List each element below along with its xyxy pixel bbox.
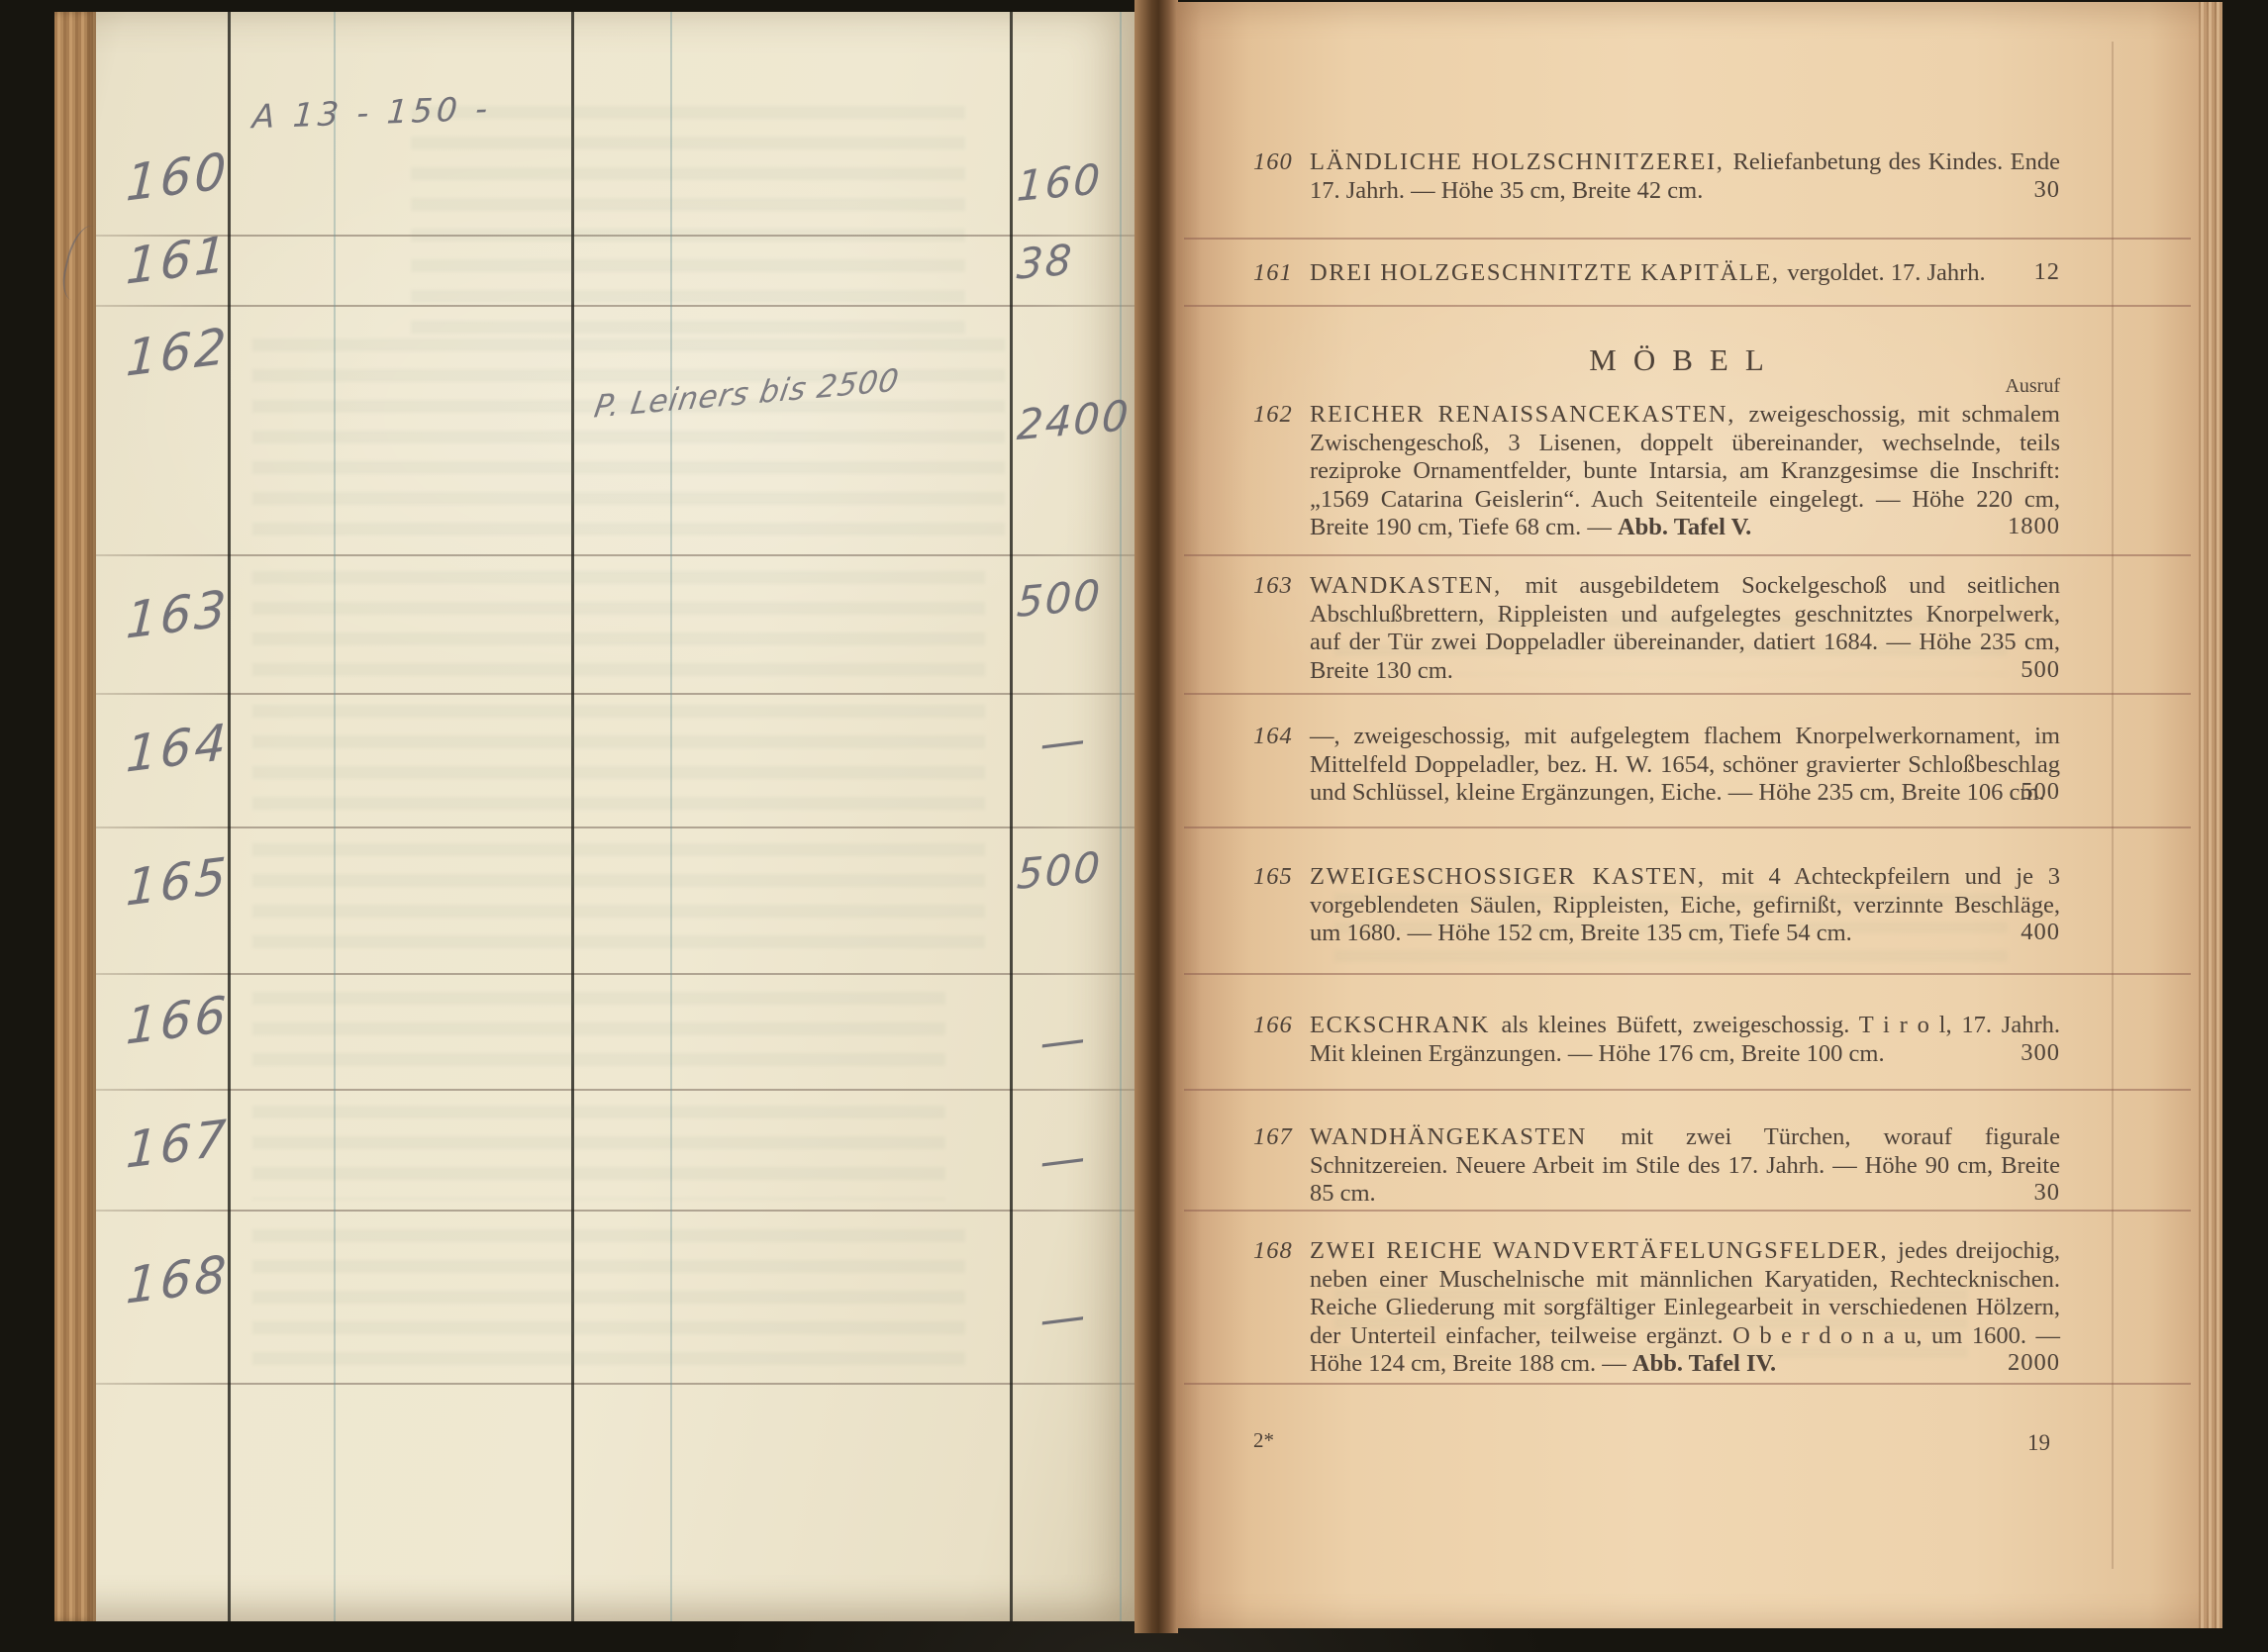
catalog-page: MÖBEL Ausruf 160 LÄNDLICHE HOLZSCHNITZER… [1176, 2, 2222, 1628]
handwritten-price: — [1036, 1011, 1088, 1069]
entry-text: WANDHÄNGEKASTEN mit zwei Türchen, worauf… [1310, 1123, 2060, 1209]
entry-number: 166 [1253, 1012, 1293, 1040]
handwritten-lot-number: 167 [125, 1109, 231, 1180]
bleed-through-text [252, 1106, 945, 1200]
entry-price: 30 [2034, 176, 2061, 205]
entry-title: WANDHÄNGEKASTEN [1310, 1123, 1621, 1150]
entry-number: 160 [1253, 148, 1293, 177]
book-gutter [1134, 0, 1178, 1633]
bleed-through-text [252, 1229, 965, 1368]
bleed-through-text [252, 843, 985, 962]
ledger-row-line [96, 693, 1136, 695]
bleed-through-text [411, 106, 965, 334]
handwritten-lot-number: 160 [125, 142, 231, 213]
handwritten-lot-number: 165 [125, 846, 231, 918]
handwritten-lot-number: 161 [125, 225, 231, 296]
handwritten-lot-number: 162 [125, 317, 231, 388]
handwritten-price: — [1036, 1288, 1088, 1346]
entry-number: 167 [1253, 1123, 1293, 1152]
entry-text: —, zweigeschossig, mit aufgelegtem flach… [1310, 723, 2060, 808]
entry-price: 2000 [2008, 1349, 2060, 1378]
signature-mark: 2* [1253, 1428, 1274, 1453]
handwritten-lot-number: 164 [125, 713, 231, 784]
catalog-entry: 164 —, zweigeschossig, mit aufgelegtem f… [1253, 723, 2060, 808]
entry-price: 500 [2021, 778, 2060, 807]
handwritten-price: 38 [1016, 235, 1075, 288]
entry-title: WANDKASTEN, [1310, 572, 1526, 599]
entry-price: 1800 [2008, 513, 2060, 541]
ledger-row-line [96, 1210, 1136, 1212]
catalog-entry: 168 ZWEI REICHE WANDVERTÄFELUNGSFELDER, … [1253, 1237, 2060, 1379]
entry-separator [1184, 826, 2191, 828]
entry-separator [1184, 693, 2191, 695]
entry-title: ZWEIGESCHOSSIGER KASTEN, [1310, 863, 1722, 890]
catalog-entry: 165 ZWEIGESCHOSSIGER KASTEN, mit 4 Achte… [1253, 863, 2060, 948]
entry-separator [1184, 305, 2191, 307]
entry-title: REICHER RENAISSANCEKASTEN, [1310, 401, 1749, 428]
handwritten-lot-number: 168 [125, 1244, 231, 1315]
ledger-row-line [96, 973, 1136, 975]
bleed-through-text [252, 705, 985, 814]
entry-text: LÄNDLICHE HOLZSCHNITZEREI, Reliefanbetun… [1310, 148, 2060, 205]
ledger-rule-3 [1010, 12, 1013, 1621]
ledger-row-line [96, 1383, 1136, 1385]
entry-text: ZWEI REICHE WANDVERTÄFELUNGSFELDER, jede… [1310, 1237, 2060, 1379]
page-crease [2112, 42, 2114, 1569]
section-heading: MÖBEL [1310, 342, 2060, 378]
entry-price: 30 [2034, 1179, 2061, 1208]
entry-number: 164 [1253, 723, 1293, 751]
entry-separator [1184, 1383, 2191, 1385]
ledger-row-line [96, 826, 1136, 828]
handwritten-price: 160 [1016, 154, 1103, 211]
entry-body: vergoldet. 17. Jahrh. [1787, 259, 1985, 286]
entry-separator [1184, 1089, 2191, 1091]
entry-body: —, zweigeschossig, mit aufgelegtem flach… [1310, 723, 2066, 806]
entry-text: DREI HOLZGESCHNITZTE KAPITÄLE, vergoldet… [1310, 259, 2060, 288]
handwritten-price: 2400 [1016, 391, 1132, 449]
handwritten-price: 500 [1016, 842, 1103, 899]
entry-text: ECKSCHRANK als kleines Büfett, zweigesch… [1310, 1012, 2060, 1068]
handwritten-lot-number: 163 [125, 579, 231, 650]
open-book-scan: A 13 - 150 - P. Leiners bis 2500 1601611… [0, 0, 2268, 1652]
handwritten-price: — [1036, 712, 1088, 770]
entry-text: WANDKASTEN, mit ausgebildetem Sockelgesc… [1310, 572, 2060, 685]
entry-plate-reference: Abb. Tafel V. [1618, 514, 1751, 540]
ledger-rule-1-faint [334, 12, 336, 1621]
handwritten-price: 500 [1016, 570, 1103, 627]
entry-plate-reference: Abb. Tafel IV. [1632, 1350, 1776, 1377]
entry-text: REICHER RENAISSANCEKASTEN, zweigeschossi… [1310, 401, 2060, 542]
entry-separator [1184, 238, 2191, 240]
catalog-entry: 166 ECKSCHRANK als kleines Büfett, zweig… [1253, 1012, 2060, 1068]
entry-number: 163 [1253, 572, 1293, 601]
entry-separator [1184, 554, 2191, 556]
entry-number: 168 [1253, 1237, 1293, 1266]
handwritten-price: — [1036, 1129, 1088, 1188]
entry-number: 162 [1253, 401, 1293, 430]
ledger-rule-3-faint [1120, 12, 1122, 1621]
ledger-page: A 13 - 150 - P. Leiners bis 2500 1601611… [54, 12, 1136, 1621]
entry-title: LÄNDLICHE HOLZSCHNITZEREI, [1310, 148, 1733, 175]
entry-separator [1184, 973, 2191, 975]
handwritten-lot-number: 166 [125, 985, 231, 1056]
entry-price: 500 [2021, 656, 2060, 685]
entry-number: 161 [1253, 259, 1293, 288]
catalog-entry: 160 LÄNDLICHE HOLZSCHNITZEREI, Reliefanb… [1253, 148, 2060, 205]
entry-number: 165 [1253, 863, 1293, 892]
catalog-entry: 161 DREI HOLZGESCHNITZTE KAPITÄLE, vergo… [1253, 259, 2060, 288]
page-number: 19 [1310, 1430, 2050, 1456]
entry-title: ZWEI REICHE WANDVERTÄFELUNGSFELDER, [1310, 1237, 1898, 1264]
entry-price: 300 [2021, 1039, 2060, 1068]
entry-separator [1184, 1210, 2191, 1212]
catalog-entry: 162 REICHER RENAISSANCEKASTEN, zweigesch… [1253, 401, 2060, 542]
entry-text: ZWEIGESCHOSSIGER KASTEN, mit 4 Achteckpf… [1310, 863, 2060, 948]
entry-title: ECKSCHRANK [1310, 1012, 1501, 1038]
bleed-through-text [252, 992, 945, 1081]
entry-price: 400 [2021, 919, 2060, 947]
bleed-through-text [252, 571, 985, 680]
ledger-row-line [96, 1089, 1136, 1091]
catalog-entry: 163 WANDKASTEN, mit ausgebildetem Sockel… [1253, 572, 2060, 685]
page-stack-edge-right [2199, 2, 2222, 1628]
ledger-row-line [96, 554, 1136, 556]
price-column-heading: Ausruf [1770, 375, 2060, 398]
entry-price: 12 [2034, 258, 2061, 287]
entry-title: DREI HOLZGESCHNITZTE KAPITÄLE, [1310, 259, 1787, 286]
catalog-entry: 167 WANDHÄNGEKASTEN mit zwei Türchen, wo… [1253, 1123, 2060, 1209]
